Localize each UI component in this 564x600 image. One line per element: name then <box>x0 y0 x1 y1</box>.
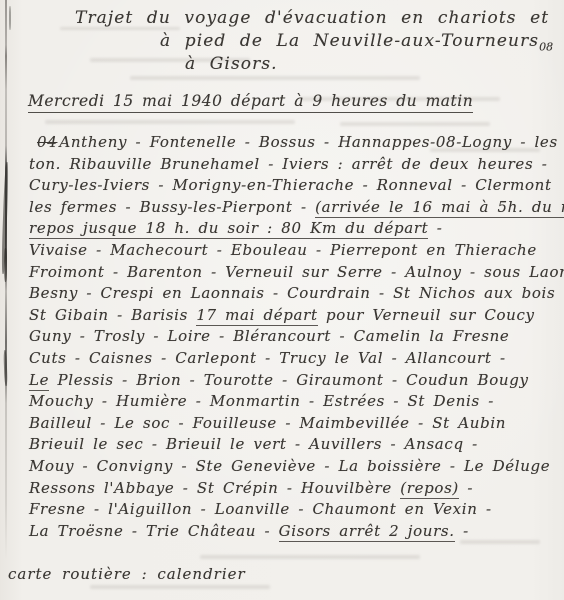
title-text: à pied de La Neuville-aux-Tourneurs <box>160 31 539 51</box>
route-text: St Gibain - Barisis <box>29 306 196 324</box>
date-heading-text: Mercredi 15 mai 1940 départ à 9 heures d… <box>28 92 473 110</box>
route-line: Mouchy - Humière - Monmartin - Estrées -… <box>29 392 562 414</box>
route-text: Cuts - Caisnes - Carlepont - Trucy le Va… <box>29 349 506 367</box>
route-line: St Gibain - Barisis 17 mai départ pour V… <box>29 306 562 328</box>
underlined-note: Le <box>29 371 49 391</box>
route-line: Fresne - l'Aiguillon - Loanville - Chaum… <box>29 500 562 522</box>
route-text: Fresne - l'Aiguillon - Loanville - Chaum… <box>29 500 492 518</box>
department-number: 08 <box>539 40 553 53</box>
route-line: La Troësne - Trie Château - Gisors arrêt… <box>29 522 562 544</box>
footer-note: carte routière : calendrier <box>8 565 246 583</box>
underlined-note: Gisors arrêt 2 jours. <box>279 522 455 542</box>
route-text: Vivaise - Machecourt - Ebouleau - Pierre… <box>29 241 537 259</box>
route-text: Brieuil le sec - Brieuil le vert - Auvil… <box>29 435 478 453</box>
route-text: - <box>428 219 442 237</box>
route-line: Besny - Crespi en Laonnais - Courdrain -… <box>29 284 562 306</box>
route-line: Ressons l'Abbaye - St Crépin - Houvilbèr… <box>29 479 562 501</box>
document-title-line-1: Trajet du voyage d'évacuation en chariot… <box>75 8 549 28</box>
route-line: les fermes - Bussy-les-Pierpont - (arriv… <box>29 198 562 220</box>
footer-text: carte routière : calendrier <box>8 565 246 583</box>
itinerary: 04Antheny - Fontenelle - Bossus - Hannap… <box>29 133 562 543</box>
date-heading: Mercredi 15 mai 1940 départ à 9 heures d… <box>28 92 473 113</box>
route-line: Cury-les-Iviers - Morigny-en-Thierache -… <box>29 176 562 198</box>
route-text: Besny - Crespi en Laonnais - Courdrain -… <box>29 284 564 302</box>
route-line: Le Plessis - Brion - Tourotte - Giraumon… <box>29 371 562 393</box>
scan-smudge <box>45 120 295 124</box>
route-text: La Troësne - Trie Château - <box>29 522 279 540</box>
route-text: Mouy - Convigny - Ste Geneviève - La boi… <box>29 457 550 475</box>
route-line: Cuts - Caisnes - Carlepont - Trucy le Va… <box>29 349 562 371</box>
manuscript-page: Trajet du voyage d'évacuation en chariot… <box>0 0 564 600</box>
route-line: Bailleul - Le soc - Fouilleuse - Maimbev… <box>29 414 562 436</box>
document-title-line-3: à Gisors. <box>185 54 278 74</box>
underlined-note: (repos) <box>400 479 459 499</box>
scan-smudge <box>130 76 420 80</box>
route-text: Antheny - Fontenelle - Bossus - Hannappe… <box>59 133 564 151</box>
route-line: Guny - Trosly - Loire - Blérancourt - Ca… <box>29 327 562 349</box>
scan-smudge <box>90 585 270 589</box>
underlined-note: 17 mai départ <box>196 306 317 326</box>
route-text: Bailleul - Le soc - Fouilleuse - Maimbev… <box>29 414 506 432</box>
route-line: 04Antheny - Fontenelle - Bossus - Hannap… <box>29 133 562 155</box>
route-text: - <box>459 479 473 497</box>
route-line: Mouy - Convigny - Ste Geneviève - La boi… <box>29 457 562 479</box>
route-line: ton. Ribauville Brunehamel - Iviers : ar… <box>29 155 562 177</box>
route-text: Cury-les-Iviers - Morigny-en-Thierache -… <box>29 176 552 194</box>
route-text: - <box>455 522 469 540</box>
gutter-ink-mark <box>9 6 11 30</box>
scan-smudge <box>340 122 490 126</box>
route-text: les fermes - Bussy-les-Pierpont - <box>29 198 315 216</box>
route-text: ton. Ribauville Brunehamel - Iviers : ar… <box>29 155 547 173</box>
title-text: à Gisors. <box>185 54 278 74</box>
struck-text: 04 <box>37 133 57 151</box>
scan-smudge <box>200 555 420 559</box>
route-text: Mouchy - Humière - Monmartin - Estrées -… <box>29 392 494 410</box>
underlined-note: repos jusque 18 h. du soir : 80 Km du dé… <box>29 219 428 239</box>
route-line: Froimont - Barenton - Verneuil sur Serre… <box>29 263 562 285</box>
gutter-ink-mark <box>4 248 7 282</box>
title-text: Trajet du voyage d'évacuation en chariot… <box>75 8 549 28</box>
document-title-line-2: à pied de La Neuville-aux-Tourneurs08 <box>160 31 553 53</box>
route-text: Guny - Trosly - Loire - Blérancourt - Ca… <box>29 327 509 345</box>
route-text: Froimont - Barenton - Verneuil sur Serre… <box>29 263 564 281</box>
route-text: Plessis - Brion - Tourotte - Giraumont -… <box>49 371 528 389</box>
underlined-note: (arrivée le 16 mai à 5h. du matin) <box>315 198 564 218</box>
route-line: repos jusque 18 h. du soir : 80 Km du dé… <box>29 219 562 241</box>
gutter-ink-mark <box>3 350 7 386</box>
route-text: Ressons l'Abbaye - St Crépin - Houvilbèr… <box>29 479 400 497</box>
route-line: Brieuil le sec - Brieuil le vert - Auvil… <box>29 435 562 457</box>
route-text: pour Verneuil sur Coucy <box>318 306 535 324</box>
route-line: Vivaise - Machecourt - Ebouleau - Pierre… <box>29 241 562 263</box>
